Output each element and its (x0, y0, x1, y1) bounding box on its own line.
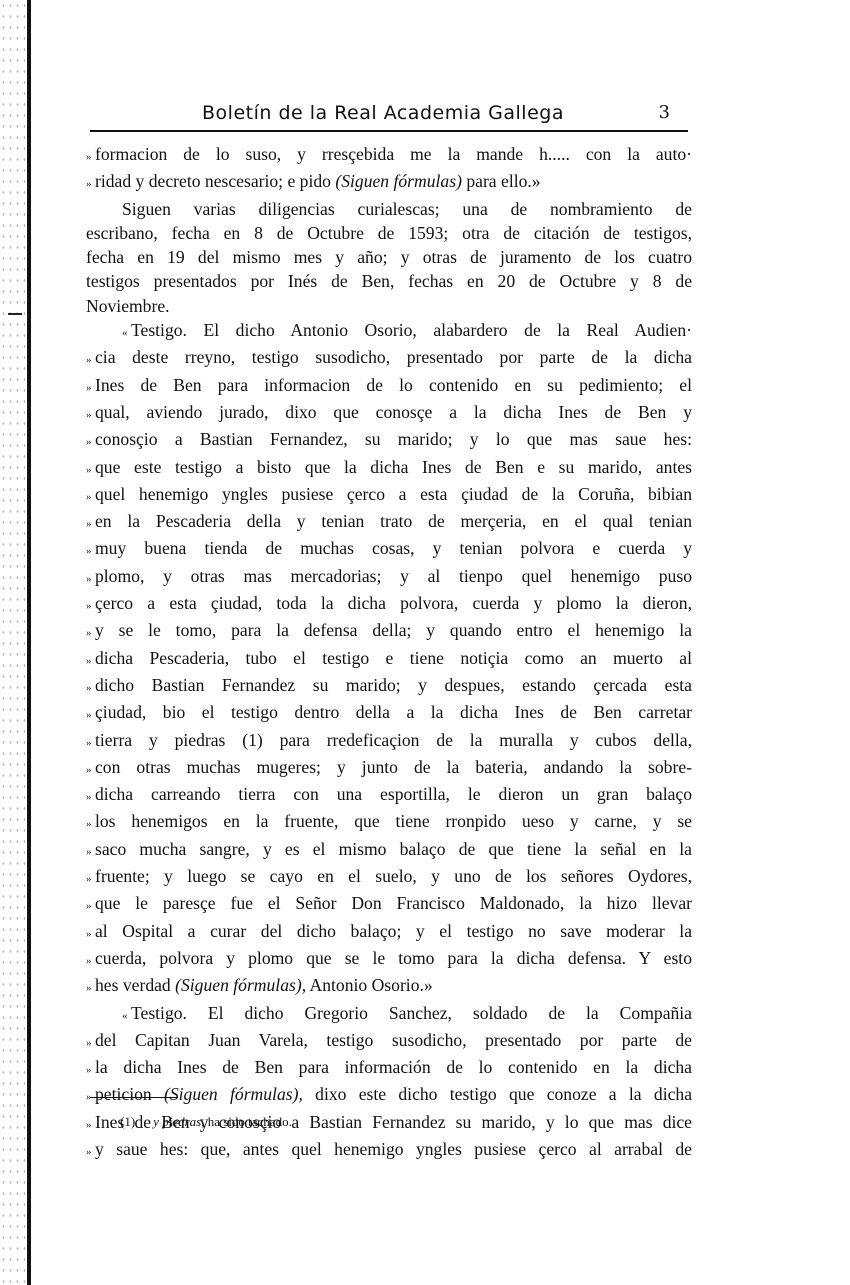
line-text: conosçio a Bastian Fernandez, su marido;… (95, 429, 692, 449)
line-text: Noviembre. (86, 296, 170, 316)
line-text: saco mucha sangre, y es el mismo balaço … (95, 839, 692, 859)
quote-mark: » (86, 867, 95, 891)
quote-mark: » (86, 976, 95, 1000)
quote-mark: » (86, 649, 95, 673)
quote-mark: » (86, 1113, 95, 1137)
quote-mark: » (86, 348, 95, 372)
text-line: »que le paresçe fue el Señor Don Francis… (86, 891, 692, 918)
quote-mark: » (86, 594, 95, 618)
text-line: »plomo, y otras mas mercadorias; y al ti… (86, 564, 692, 591)
text-line: »conosçio a Bastian Fernandez, su marido… (86, 427, 692, 454)
text-line: »muy buena tienda de muchas cosas, y ten… (86, 536, 692, 563)
footnote: (1)y piedras, ha sido tachado. (120, 1114, 292, 1130)
line-text: que le paresçe fue el Señor Don Francisc… (95, 893, 692, 913)
quote-mark: » (86, 376, 95, 400)
line-text: y saue hes: que, antes quel henemigo yng… (95, 1139, 692, 1159)
line-text: los henemigos en la fruente, que tiene r… (95, 811, 692, 831)
line-text: ridad y decreto nescesario; e pido (95, 171, 335, 191)
italic-text: (Siguen fórmulas) (175, 975, 302, 995)
text-line: »en la Pescaderia della y tenian trato d… (86, 509, 692, 536)
quote-mark: » (86, 403, 95, 427)
line-text: muy buena tienda de muchas cosas, y teni… (95, 538, 692, 558)
line-text: Siguen varias diligencias curialescas; u… (122, 199, 692, 219)
text-line: »cuerda, polvora y plomo que se le tomo … (86, 946, 692, 973)
quote-mark: « (122, 1004, 131, 1028)
quote-mark: » (86, 1140, 95, 1164)
line-text: qual, aviendo jurado, dixo que conosçe a… (95, 402, 692, 422)
italic-text: (Siguen fórmulas) (335, 171, 462, 191)
line-text: formacion de lo suso, y rresçebida me la… (95, 144, 692, 164)
quote-mark: » (86, 1058, 95, 1082)
text-line: »y saue hes: que, antes quel henemigo yn… (86, 1137, 692, 1164)
text-line: »quel henemigo yngles pusiese çerco a es… (86, 482, 692, 509)
line-text: escribano, fecha en 8 de Octubre de 1593… (86, 223, 692, 243)
quote-mark: » (86, 145, 95, 169)
quote-mark: » (86, 172, 95, 196)
binding-edge-texture (0, 0, 30, 1285)
text-line: »qual, aviendo jurado, dixo que conosçe … (86, 400, 692, 427)
line-text: Testigo. El dicho Gregorio Sanchez, sold… (131, 1003, 692, 1023)
footnote-number: (1) (120, 1114, 135, 1129)
text-line: Siguen varias diligencias curialescas; u… (86, 197, 692, 221)
line-text: al Ospital a curar del dicho balaço; y e… (95, 921, 692, 941)
body-text: »formacion de lo suso, y rresçebida me l… (86, 142, 692, 1164)
quote-mark: » (86, 485, 95, 509)
text-line: «Testigo. El dicho Gregorio Sanchez, sol… (86, 1001, 692, 1028)
text-line: »dicha carreando tierra con una esportil… (86, 782, 692, 809)
line-text: la dicha Ines de Ben para información de… (95, 1057, 692, 1077)
text-line: Noviembre. (86, 294, 692, 318)
line-text: del Capitan Juan Varela, testigo susodic… (95, 1030, 692, 1050)
text-line: escribano, fecha en 8 de Octubre de 1593… (86, 221, 692, 245)
margin-mark (8, 313, 22, 315)
text-line: »los henemigos en la fruente, que tiene … (86, 809, 692, 836)
paragraph: »formacion de lo suso, y rresçebida me l… (86, 142, 692, 197)
footnote-divider (90, 1097, 178, 1098)
text-line: »que este testigo a bisto que la dicha I… (86, 455, 692, 482)
quote-mark: « (122, 321, 131, 345)
quote-mark: » (86, 676, 95, 700)
text-line: »la dicha Ines de Ben para información d… (86, 1055, 692, 1082)
text-line: »çiudad, bio el testigo dentro della a l… (86, 700, 692, 727)
text-line: »y se le tomo, para la defensa della; y … (86, 618, 692, 645)
quote-mark: » (86, 621, 95, 645)
quote-mark: » (86, 1031, 95, 1055)
text-line: »dicha Pescaderia, tubo el testigo e tie… (86, 646, 692, 673)
line-text: cia deste rreyno, testigo susodicho, pre… (95, 347, 692, 367)
line-text: en la Pescaderia della y tenian trato de… (95, 511, 692, 531)
line-text: dicha Pescaderia, tubo el testigo e tien… (95, 648, 692, 668)
line-text: Testigo. El dicho Antonio Osorio, alabar… (131, 320, 692, 340)
quote-mark: » (86, 567, 95, 591)
quote-mark: » (86, 949, 95, 973)
quote-mark: » (86, 430, 95, 454)
text-line: »cia deste rreyno, testigo susodicho, pr… (86, 345, 692, 372)
quote-mark: » (86, 894, 95, 918)
text-line: »con otras muchas mugeres; y junto de la… (86, 755, 692, 782)
line-text: Ines de Ben para informacion de lo conte… (95, 375, 692, 395)
line-text: çerco a esta çiudad, toda la dicha polvo… (95, 593, 692, 613)
line-text: peticion (95, 1084, 164, 1104)
line-text: testigos presentados por Inés de Ben, fe… (86, 271, 692, 291)
text-line: »hes verdad (Siguen fórmulas), Antonio O… (86, 973, 692, 1000)
footnote-italic: y piedras, (153, 1114, 204, 1129)
quote-mark: » (86, 785, 95, 809)
line-text: fruente; y luego se cayo en el suelo, y … (95, 866, 692, 886)
quote-mark: » (86, 758, 95, 782)
journal-title: Boletín de la Real Academia Gallega (202, 102, 564, 124)
text-line: »ridad y decreto nescesario; e pido (Sig… (86, 169, 692, 196)
quote-mark: » (86, 512, 95, 536)
text-line: testigos presentados por Inés de Ben, fe… (86, 269, 692, 293)
text-line: »çerco a esta çiudad, toda la dicha polv… (86, 591, 692, 618)
line-text: que este testigo a bisto que la dicha In… (95, 457, 692, 477)
quote-mark: » (86, 539, 95, 563)
line-text: hes verdad (95, 975, 175, 995)
page-binding-edge (27, 0, 31, 1285)
text-line: »saco mucha sangre, y es el mismo balaço… (86, 837, 692, 864)
line-text: con otras muchas mugeres; y junto de la … (95, 757, 692, 777)
paragraph: «Testigo. El dicho Antonio Osorio, alaba… (86, 318, 692, 1000)
paragraph: «Testigo. El dicho Gregorio Sanchez, sol… (86, 1001, 692, 1165)
text-line: »formacion de lo suso, y rresçebida me l… (86, 142, 692, 169)
line-text: dixo este dicho testigo que conoze a la … (303, 1084, 692, 1104)
quote-mark: » (86, 812, 95, 836)
line-text: para ello.» (462, 171, 541, 191)
line-text: tierra y piedras (1) para rredeficaçion … (95, 730, 692, 750)
text-line: »fruente; y luego se cayo en el suelo, y… (86, 864, 692, 891)
line-text: fecha en 19 del mismo mes y año; y otras… (86, 247, 692, 267)
quote-mark: » (86, 922, 95, 946)
line-text: plomo, y otras mas mercadorias; y al tie… (95, 566, 692, 586)
italic-text: (Siguen fórmulas), (164, 1084, 303, 1104)
text-line: »al Ospital a curar del dicho balaço; y … (86, 919, 692, 946)
paragraph: Siguen varias diligencias curialescas; u… (86, 197, 692, 318)
page-number: 3 (659, 102, 670, 123)
line-text: dicha carreando tierra con una esportill… (95, 784, 692, 804)
text-line: »Ines de Ben para informacion de lo cont… (86, 373, 692, 400)
text-line: fecha en 19 del mismo mes y año; y otras… (86, 245, 692, 269)
quote-mark: » (86, 458, 95, 482)
text-line: «Testigo. El dicho Antonio Osorio, alaba… (86, 318, 692, 345)
footnote-text: ha sido tachado. (204, 1114, 291, 1129)
quote-mark: » (86, 703, 95, 727)
line-text: y se le tomo, para la defensa della; y q… (95, 620, 692, 640)
line-text: dicho Bastian Fernandez su marido; y des… (95, 675, 692, 695)
quote-mark: » (86, 840, 95, 864)
text-line: »tierra y piedras (1) para rredeficaçion… (86, 728, 692, 755)
quote-mark: » (86, 731, 95, 755)
text-line: »del Capitan Juan Varela, testigo susodi… (86, 1028, 692, 1055)
line-text: çiudad, bio el testigo dentro della a la… (95, 702, 692, 722)
text-line: »dicho Bastian Fernandez su marido; y de… (86, 673, 692, 700)
line-text: , Antonio Osorio.» (302, 975, 433, 995)
line-text: quel henemigo yngles pusiese çerco a est… (95, 484, 692, 504)
running-header: Boletín de la Real Academia Gallega 3 (90, 100, 688, 132)
line-text: cuerda, polvora y plomo que se le tomo p… (95, 948, 692, 968)
